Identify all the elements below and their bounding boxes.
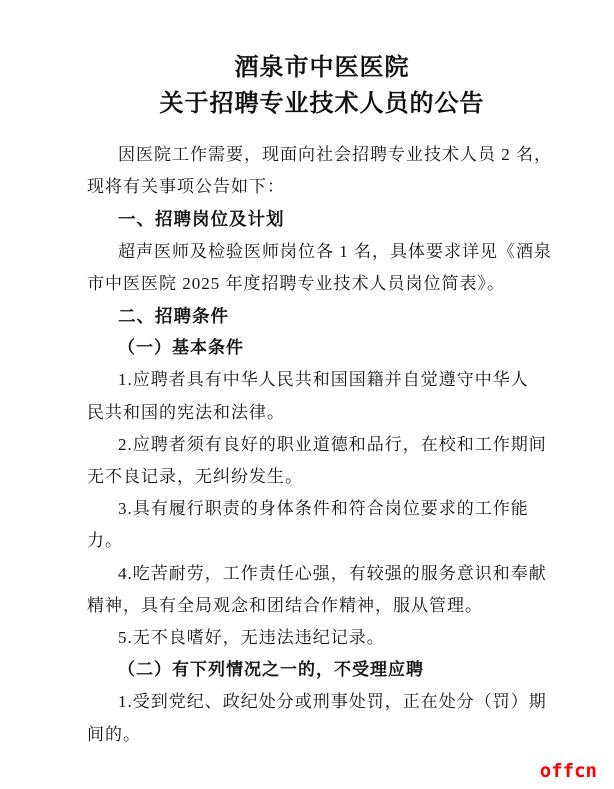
condition-item-4: 4.吃苦耐劳，工作责任心强，有较强的服务意识和奉献 精神，具有全局观念和团结合作… xyxy=(87,558,557,622)
document-title: 酒泉市中医医院 关于招聘专业技术人员的公告 xyxy=(87,50,557,122)
section-heading-positions: 一、招聘岗位及计划 xyxy=(87,203,557,235)
document-page: 酒泉市中医医院 关于招聘专业技术人员的公告 因医院工作需要，现面向社会招聘专业技… xyxy=(0,0,614,789)
condition-item-1: 1.应聘者具有中华人民共和国国籍并自觉遵守中华人 民共和国的宪法和法律。 xyxy=(87,364,557,428)
subsection-heading-exclusions: （二）有下列情况之一的，不受理应聘 xyxy=(87,654,557,686)
condition-item-3: 3.具有履行职责的身体条件和符合岗位要求的工作能 力。 xyxy=(87,493,557,557)
condition-item-5: 5.无不良嗜好，无违法违纪记录。 xyxy=(87,622,557,654)
condition-item-2: 2.应聘者须有良好的职业道德和品行，在校和工作期间 无不良记录，无纠纷发生。 xyxy=(87,429,557,493)
document-title-line2: 关于招聘专业技术人员的公告 xyxy=(87,86,557,122)
section-heading-requirements: 二、招聘条件 xyxy=(87,300,557,332)
paragraph-positions-detail: 超声医师及检验医师岗位各 1 名，具体要求详见《酒泉 市中医医院 2025 年度… xyxy=(87,236,557,300)
subsection-heading-basic: （一）基本条件 xyxy=(87,332,557,364)
paragraph-intro: 因医院工作需要，现面向社会招聘专业技术人员 2 名， 现将有关事项公告如下： xyxy=(87,139,557,203)
exclusion-item-1: 1.受到党纪、政纪处分或刑事处罚，正在处分（罚）期 间的。 xyxy=(87,686,557,750)
document-body: 因医院工作需要，现面向社会招聘专业技术人员 2 名， 现将有关事项公告如下： 一… xyxy=(87,139,557,751)
document-title-line1: 酒泉市中医医院 xyxy=(87,50,557,86)
offcn-watermark: offcn xyxy=(540,760,597,782)
